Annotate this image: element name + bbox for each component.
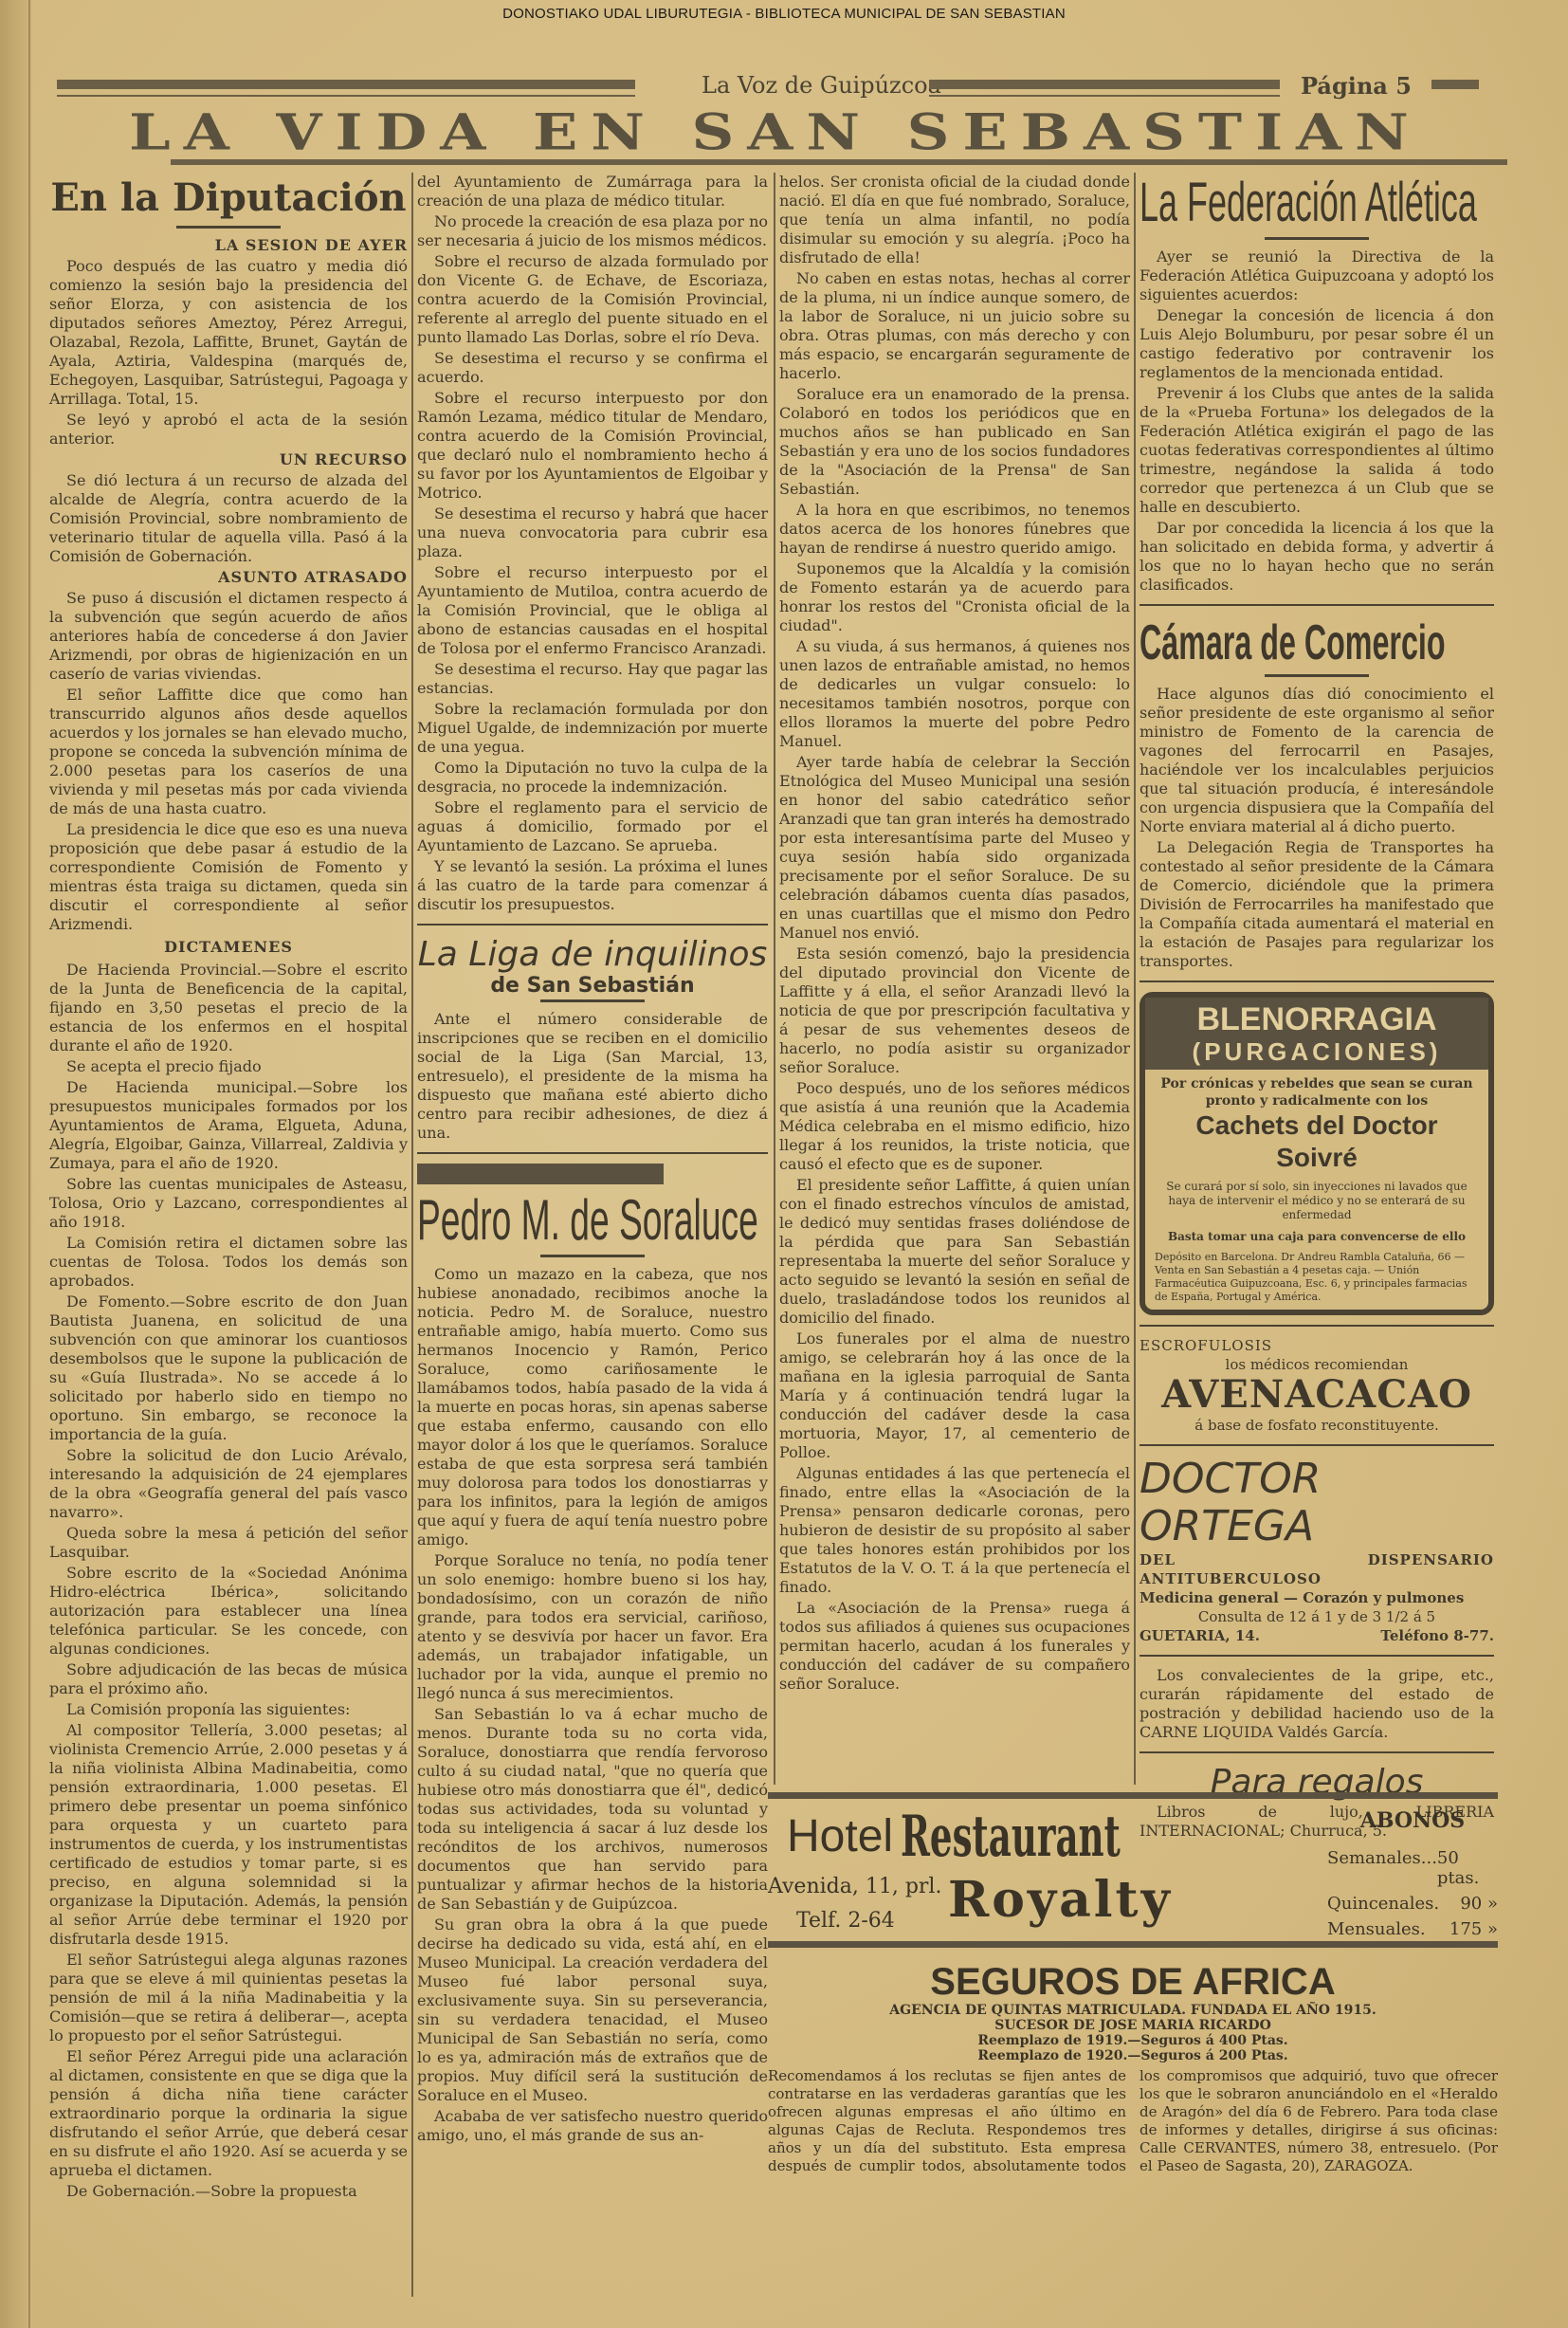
column-4: La Federación Atlética Ayer se reunió la… — [1140, 173, 1494, 1842]
ad-phone: Telf. 2-64 — [796, 1909, 895, 1933]
paragraph: Como un mazazo en la cabeza, que nos hub… — [417, 1265, 768, 1549]
title-rule — [540, 1255, 645, 1257]
paragraph: A la hora en que escribimos, no tenemos … — [779, 501, 1130, 558]
paragraph: De Fomento.—Sobre escrito de don Juan Ba… — [49, 1292, 408, 1444]
ad-address: Avenida, 11, prl. — [768, 1875, 941, 1898]
ornamental-rule — [1140, 1325, 1494, 1327]
paragraph: Hace algunos días dió conocimiento el se… — [1140, 685, 1494, 836]
paragraph: De Hacienda Provincial.—Sobre el escrito… — [49, 961, 408, 1055]
folio-line: La Voz de Guipúzcoa Página 5 — [57, 72, 1488, 101]
abono-price: 90 » — [1460, 1894, 1498, 1914]
paragraph: Sobre el reglamento para el servicio de … — [417, 798, 768, 855]
ad-rule — [768, 1941, 1498, 1948]
paragraph: Sobre escrito de la «Sociedad Anónima Hi… — [49, 1564, 408, 1659]
column-divider — [1134, 173, 1136, 1785]
paragraph: Los funerales por el alma de nuestro ami… — [779, 1329, 1130, 1462]
paragraph: La Delegación Regia de Transportes ha co… — [1140, 838, 1494, 971]
paragraph: Queda sobre la mesa á petición del señor… — [49, 1524, 408, 1562]
ad-text: DEL DISPENSARIO ANTITUBERCULOSO — [1140, 1550, 1494, 1588]
title-rule — [540, 999, 645, 1002]
section-masthead: LA VIDA EN SAN SEBASTIAN — [55, 102, 1496, 161]
ad-phone: Teléfono 8-77. — [1380, 1626, 1494, 1645]
ad-title: SEGUROS DE AFRICA — [768, 1961, 1498, 2003]
paragraph: Prevenir á los Clubs que antes de la sal… — [1140, 384, 1494, 517]
ornamental-rule — [1140, 1655, 1494, 1657]
paragraph: Sobre la solicitud de don Lucio Arévalo,… — [49, 1446, 408, 1522]
paragraph: San Sebastián lo va á echar mucho de men… — [417, 1705, 768, 1914]
paragraph: La presidencia le dice que eso es una nu… — [49, 820, 408, 934]
paragraph: Sobre el recurso de alzada formulado por… — [417, 252, 768, 347]
paragraph: Ayer se reunió la Directiva de la Federa… — [1140, 247, 1494, 304]
paragraph: De Gobernación.—Sobre la propuesta — [49, 2182, 408, 2201]
paragraph: La «Asociación de la Prensa» ruega á tod… — [779, 1599, 1130, 1694]
paragraph: Al compositor Tellería, 3.000 pesetas; a… — [49, 1721, 408, 1949]
paragraph: El señor Pérez Arregui pide una aclaraci… — [49, 2047, 408, 2180]
abono-price: 50 ptas. — [1437, 1848, 1498, 1888]
article-title-federacion: La Federación Atlética — [1140, 173, 1359, 233]
ad-text: Reemplazo de 1919.—Seguros á 400 Ptas. — [768, 2033, 1498, 2048]
ad-text: á base de fosfato reconstituyente. — [1140, 1416, 1494, 1435]
ad-brand: AVENACACAO — [1140, 1374, 1494, 1416]
paragraph: Como la Diputación no tuvo la culpa de l… — [417, 759, 768, 797]
subhead: UN RECURSO — [49, 450, 408, 469]
page-number: Página 5 — [1301, 72, 1412, 100]
ad-banner-subtitle: (PURGACIONES) — [1145, 1037, 1488, 1070]
paragraph: helos. Ser cronista oficial de la ciudad… — [779, 173, 1130, 267]
ad-text: SUCESOR DE JOSE MARIA RICARDO — [768, 2018, 1498, 2033]
paragraph: No caben en estas notas, hechas al corre… — [779, 269, 1130, 383]
paragraph: La Comisión proponía las siguientes: — [49, 1700, 408, 1719]
paragraph: Poco después de las cuatro y media dió c… — [49, 257, 408, 409]
ad-seguros-body: Recomendamos á los reclutas se fijen ant… — [768, 2067, 1498, 2175]
subhead: LA SESION DE AYER — [49, 236, 408, 255]
folio-rule-left — [57, 80, 635, 89]
paragraph: A su viuda, á sus hermanos, á quienes no… — [779, 637, 1130, 751]
publication-name: La Voz de Guipúzcoa — [702, 72, 941, 99]
paragraph: Sobre la reclamación formulada por don M… — [417, 700, 768, 757]
paragraph: Sobre adjudicación de las becas de músic… — [49, 1660, 408, 1698]
ad-text: Medicina general — Corazón y pulmones — [1140, 1588, 1494, 1607]
ornamental-rule — [1140, 1751, 1494, 1753]
ad-restaurant: Restaurant — [901, 1806, 1121, 1867]
paragraph: Sobre el recurso interpuesto por don Ram… — [417, 389, 768, 503]
paragraph: Dar por concedida la licencia á los que … — [1140, 519, 1494, 595]
article-title-liga: La Liga de inquilinos — [417, 935, 768, 975]
ad-carne-liquida: Los convalecientes de la gripe, etc., cu… — [1140, 1666, 1494, 1742]
paragraph: Esta sesión comenzó, bajo la presidencia… — [779, 944, 1130, 1077]
paragraph: Se desestima el recurso. Hay que pagar l… — [417, 660, 768, 698]
library-watermark: DONOSTIAKO UDAL LIBURUTEGIA - BIBLIOTECA… — [0, 6, 1568, 22]
paragraph: Suponemos que la Alcaldía y la comisión … — [779, 559, 1130, 635]
ornamental-rule — [417, 924, 768, 926]
paragraph: La Comisión retira el dictamen sobre las… — [49, 1234, 408, 1291]
ad-brand: DOCTOR ORTEGA — [1140, 1456, 1494, 1550]
ad-doctor-ortega: DOCTOR ORTEGA DEL DISPENSARIO ANTITUBERC… — [1140, 1456, 1494, 1645]
mourning-band — [417, 1164, 664, 1184]
article-subtitle-liga: de San Sebastián — [417, 977, 768, 996]
paragraph: Algunas entidades á las que pertenecía e… — [779, 1464, 1130, 1597]
article-title-diputacion: En la Diputación — [49, 176, 408, 220]
paragraph: Ayer tarde había de celebrar la Sección … — [779, 753, 1130, 943]
paragraph: Se desestima el recurso y se confirma el… — [417, 349, 768, 387]
ad-address: GUETARIA, 14. — [1140, 1626, 1260, 1645]
paragraph: Soraluce era un enamorado de la prensa. … — [779, 385, 1130, 499]
article-title-soraluce: Pedro M. de Soraluce — [417, 1190, 634, 1251]
page-edge — [0, 0, 32, 2328]
ad-seguros-africa: SEGUROS DE AFRICA AGENCIA DE QUINTAS MAT… — [768, 1961, 1498, 2063]
title-rule — [176, 226, 281, 229]
subhead: DICTAMENES — [49, 938, 408, 957]
paragraph: De Hacienda municipal.—Sobre los presupu… — [49, 1078, 408, 1173]
paragraph: Su gran obra la obra á la que puede deci… — [417, 1916, 768, 2105]
column-3: helos. Ser cronista oficial de la ciudad… — [779, 173, 1130, 1696]
abono-label: Quincenales. — [1327, 1894, 1439, 1914]
ad-text: Consulta de 12 á 1 y de 3 1/2 á 5 — [1140, 1607, 1494, 1626]
ornamental-rule — [1140, 981, 1494, 982]
ad-product-name: Cachets del Doctor Soivré — [1155, 1109, 1479, 1174]
ad-blenorragia: BLENORRAGIA (PURGACIONES) Por crónicas y… — [1140, 992, 1494, 1315]
column-divider — [774, 173, 775, 1785]
paragraph: Acababa de ver satisfecho nuestro querid… — [417, 2107, 768, 2145]
subhead: ASUNTO ATRASADO — [49, 568, 408, 587]
ad-royalty: Royalty — [948, 1871, 1173, 1929]
paragraph: del Ayuntamiento de Zumárraga para la cr… — [417, 173, 768, 211]
paragraph: Sobre las cuentas municipales de Asteasu… — [49, 1175, 408, 1232]
ad-banner-title: BLENORRAGIA — [1145, 998, 1488, 1037]
paragraph: Poco después, uno de los señores médicos… — [779, 1079, 1130, 1174]
ad-hotel: Hotel — [787, 1810, 893, 1862]
ad-abonos: ABONOS Semanales...50 ptas. Quincenales.… — [1327, 1808, 1498, 1939]
ornamental-rule — [417, 1152, 768, 1154]
ad-text: Reemplazo de 1920.—Seguros á 200 Ptas. — [768, 2048, 1498, 2063]
title-rule — [1265, 674, 1369, 677]
paragraph: El señor Laffitte dice que como han tran… — [49, 686, 408, 818]
ad-text: Se curará por sí solo, sin inyecciones n… — [1155, 1180, 1479, 1222]
ad-avenacacao: ESCROFULOSIS los médicos recomiendan AVE… — [1140, 1336, 1494, 1435]
ad-text: AGENCIA DE QUINTAS MATRICULADA. FUNDADA … — [768, 2003, 1498, 2018]
paragraph: Se acepta el precio fijado — [49, 1057, 408, 1076]
paragraph: Denegar la concesión de licencia á don L… — [1140, 306, 1494, 382]
paragraph: Y se levantó la sesión. La próxima el lu… — [417, 857, 768, 914]
ad-text: Depósito en Barcelona. Dr Andreu Rambla … — [1155, 1251, 1479, 1304]
article-title-camara: Cámara de Comercio — [1140, 615, 1359, 670]
ornamental-rule — [1140, 1444, 1494, 1446]
paragraph: No procede la creación de esa plaza por … — [417, 212, 768, 250]
title-rule — [1265, 237, 1369, 240]
ad-text: Por crónicas y rebeldes que sean se cura… — [1155, 1075, 1479, 1109]
ad-abonos-title: ABONOS — [1327, 1808, 1498, 1833]
paragraph: Porque Soraluce no tenía, no podía tener… — [417, 1551, 768, 1703]
paragraph: Se puso á discusión el dictamen respecto… — [49, 589, 408, 684]
paragraph: Sobre el recurso interpuesto por el Ayun… — [417, 563, 768, 658]
column-2: del Ayuntamiento de Zumárraga para la cr… — [417, 173, 768, 2147]
column-1: En la Diputación LA SESION DE AYER Poco … — [49, 173, 408, 2203]
masthead-rule — [171, 159, 1507, 165]
abono-price: 175 » — [1449, 1919, 1498, 1939]
folio-rule-right — [1431, 80, 1479, 89]
ad-text: los médicos recomiendan — [1140, 1355, 1494, 1374]
bottom-ads: Hotel Avenida, 11, prl. Telf. 2-64 Resta… — [768, 1792, 1498, 2179]
folio-rule-mid-thin — [929, 95, 1280, 97]
ornamental-rule — [1140, 604, 1494, 606]
paragraph: Se dió lectura á un recurso de alzada de… — [49, 471, 408, 566]
paragraph: Se desestima el recurso y habrá que hace… — [417, 504, 768, 561]
folio-rule-left-thin — [57, 95, 635, 97]
ad-text: ESCROFULOSIS — [1140, 1336, 1494, 1355]
paragraph: Ante el número considerable de inscripci… — [417, 1010, 768, 1143]
abono-label: Semanales... — [1327, 1848, 1437, 1888]
page-fold-line — [28, 0, 30, 2328]
paragraph: El señor Satrústegui alega algunas razon… — [49, 1951, 408, 2045]
abono-label: Mensuales. — [1327, 1919, 1426, 1939]
paragraph: El presidente señor Laffitte, á quien un… — [779, 1176, 1130, 1328]
column-divider — [411, 173, 413, 2297]
paragraph: Se leyó y aprobó el acta de la sesión an… — [49, 411, 408, 449]
ad-rule — [768, 1792, 1498, 1799]
ad-hotel-royalty: Hotel Avenida, 11, prl. Telf. 2-64 Resta… — [768, 1799, 1498, 1941]
ad-text: Basta tomar una caja para convencerse de… — [1155, 1228, 1479, 1245]
folio-rule-mid — [929, 80, 1280, 89]
